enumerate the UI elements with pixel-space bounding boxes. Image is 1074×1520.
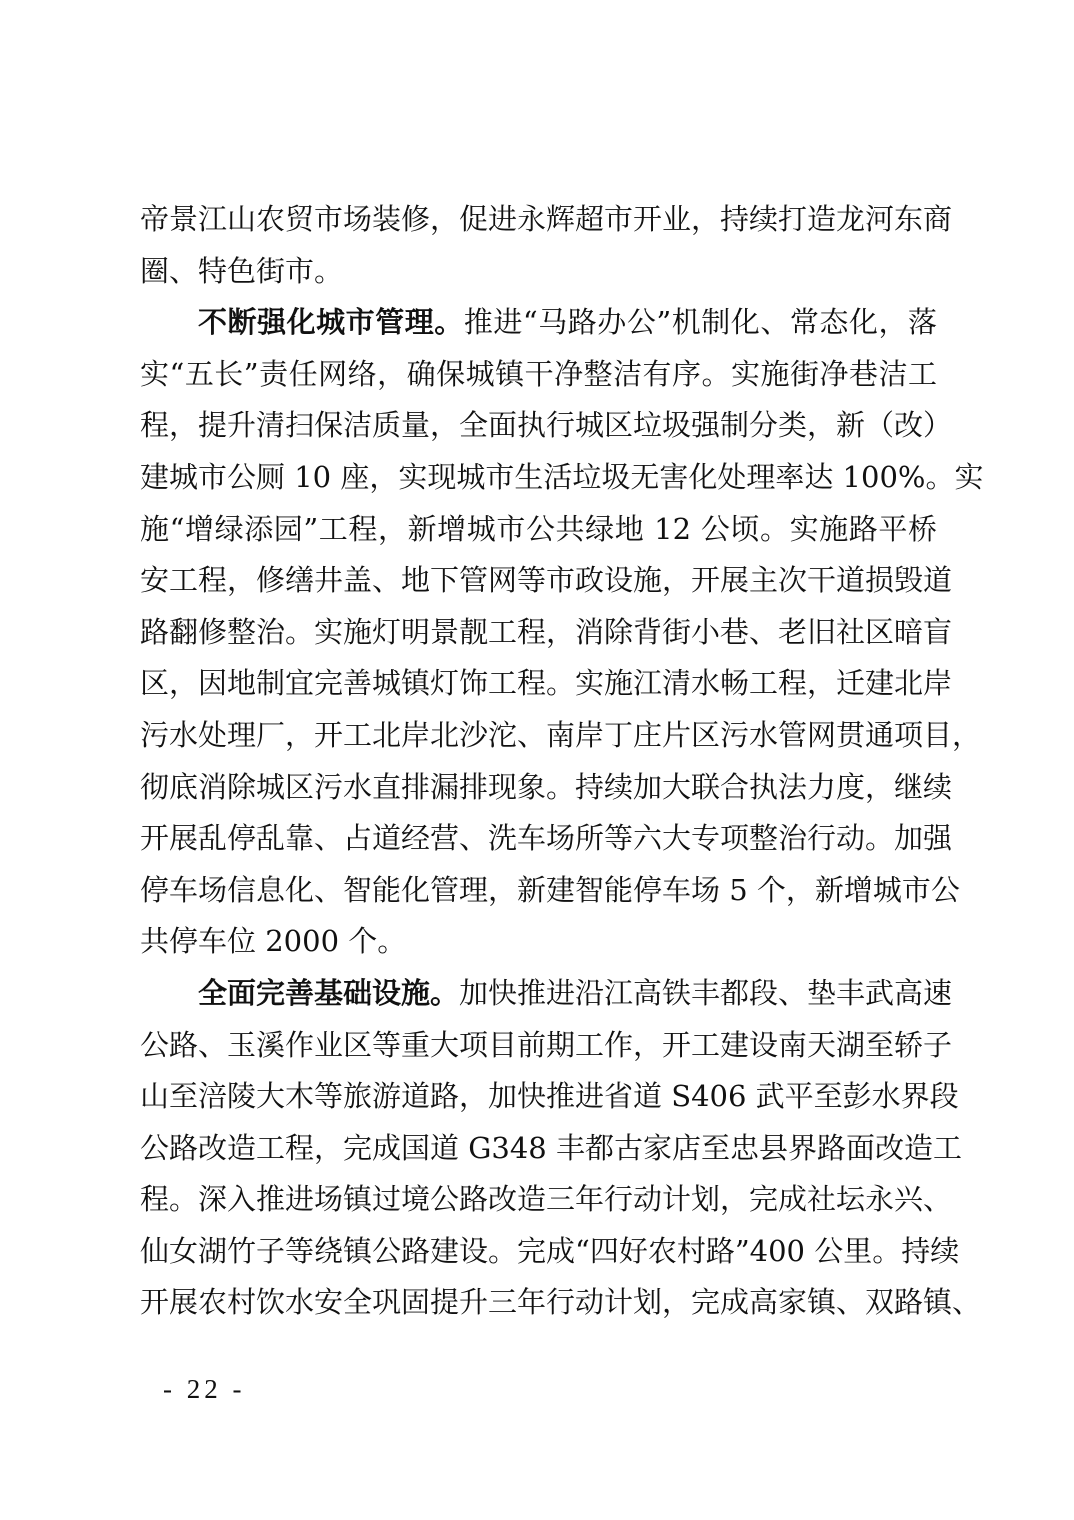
text-span: 加快推进沿江高铁丰都段、垫丰武高速	[459, 976, 952, 1010]
text-line: 共停车位 2000 个。	[140, 916, 937, 968]
document-page: 帝景江山农贸市场装修，促进永辉超市开业，持续打造龙河东商 圈、特色街市。 不断强…	[0, 0, 1074, 1520]
page-number: - 22 -	[163, 1374, 245, 1405]
text-line: 彻底消除城区污水直排漏排现象。持续加大联合执法力度，继续	[140, 762, 937, 814]
text-line: 仙女湖竹子等绕镇公路建设。完成“四好农村路”400 公里。持续	[140, 1226, 937, 1278]
text-line: 安工程，修缮井盖、地下管网等市政设施，开展主次干道损毁道	[140, 555, 937, 607]
text-line: 程。深入推进场镇过境公路改造三年行动计划，完成社坛永兴、	[140, 1174, 937, 1226]
text-line: 建城市公厕 10 座，实现城市生活垃圾无害化处理率达 100%。实	[140, 452, 937, 504]
paragraph-heading: 全面完善基础设施。	[198, 976, 459, 1010]
text-line: 区，因地制宜完善城镇灯饰工程。实施江清水畅工程，迁建北岸	[140, 658, 937, 710]
text-line: 停车场信息化、智能化管理，新建智能停车场 5 个，新增城市公	[140, 865, 937, 917]
text-span: 推进“马路办公”机制化、常态化，落	[464, 305, 937, 339]
text-line: 程，提升清扫保洁质量，全面执行城区垃圾强制分类，新（改）	[140, 400, 937, 452]
text-line: 圈、特色街市。	[140, 246, 937, 298]
body-text: 帝景江山农贸市场装修，促进永辉超市开业，持续打造龙河东商 圈、特色街市。 不断强…	[140, 194, 937, 1329]
text-line: 实“五长”责任网络，确保城镇干净整洁有序。实施街净巷洁工	[140, 349, 937, 401]
text-line: 公路改造工程，完成国道 G348 丰都古家店至忠县界路面改造工	[140, 1123, 937, 1175]
text-line: 山至涪陵大木等旅游道路，加快推进省道 S406 武平至彭水界段	[140, 1071, 937, 1123]
text-line: 公路、玉溪作业区等重大项目前期工作，开工建设南天湖至轿子	[140, 1020, 937, 1072]
text-line: 施“增绿添园”工程，新增城市公共绿地 12 公顷。实施路平桥	[140, 504, 937, 556]
paragraph-first-line: 不断强化城市管理。推进“马路办公”机制化、常态化，落	[140, 297, 937, 349]
text-line: 开展农村饮水安全巩固提升三年行动计划，完成高家镇、双路镇、	[140, 1277, 937, 1329]
text-line: 污水处理厂，开工北岸北沙沱、南岸丁庄片区污水管网贯通项目，	[140, 710, 937, 762]
text-line: 开展乱停乱靠、占道经营、洗车场所等六大专项整治行动。加强	[140, 813, 937, 865]
paragraph-first-line: 全面完善基础设施。加快推进沿江高铁丰都段、垫丰武高速	[140, 968, 937, 1020]
text-line: 路翻修整治。实施灯明景靓工程，消除背街小巷、老旧社区暗盲	[140, 607, 937, 659]
text-line: 帝景江山农贸市场装修，促进永辉超市开业，持续打造龙河东商	[140, 194, 937, 246]
paragraph-heading: 不断强化城市管理。	[198, 305, 464, 339]
